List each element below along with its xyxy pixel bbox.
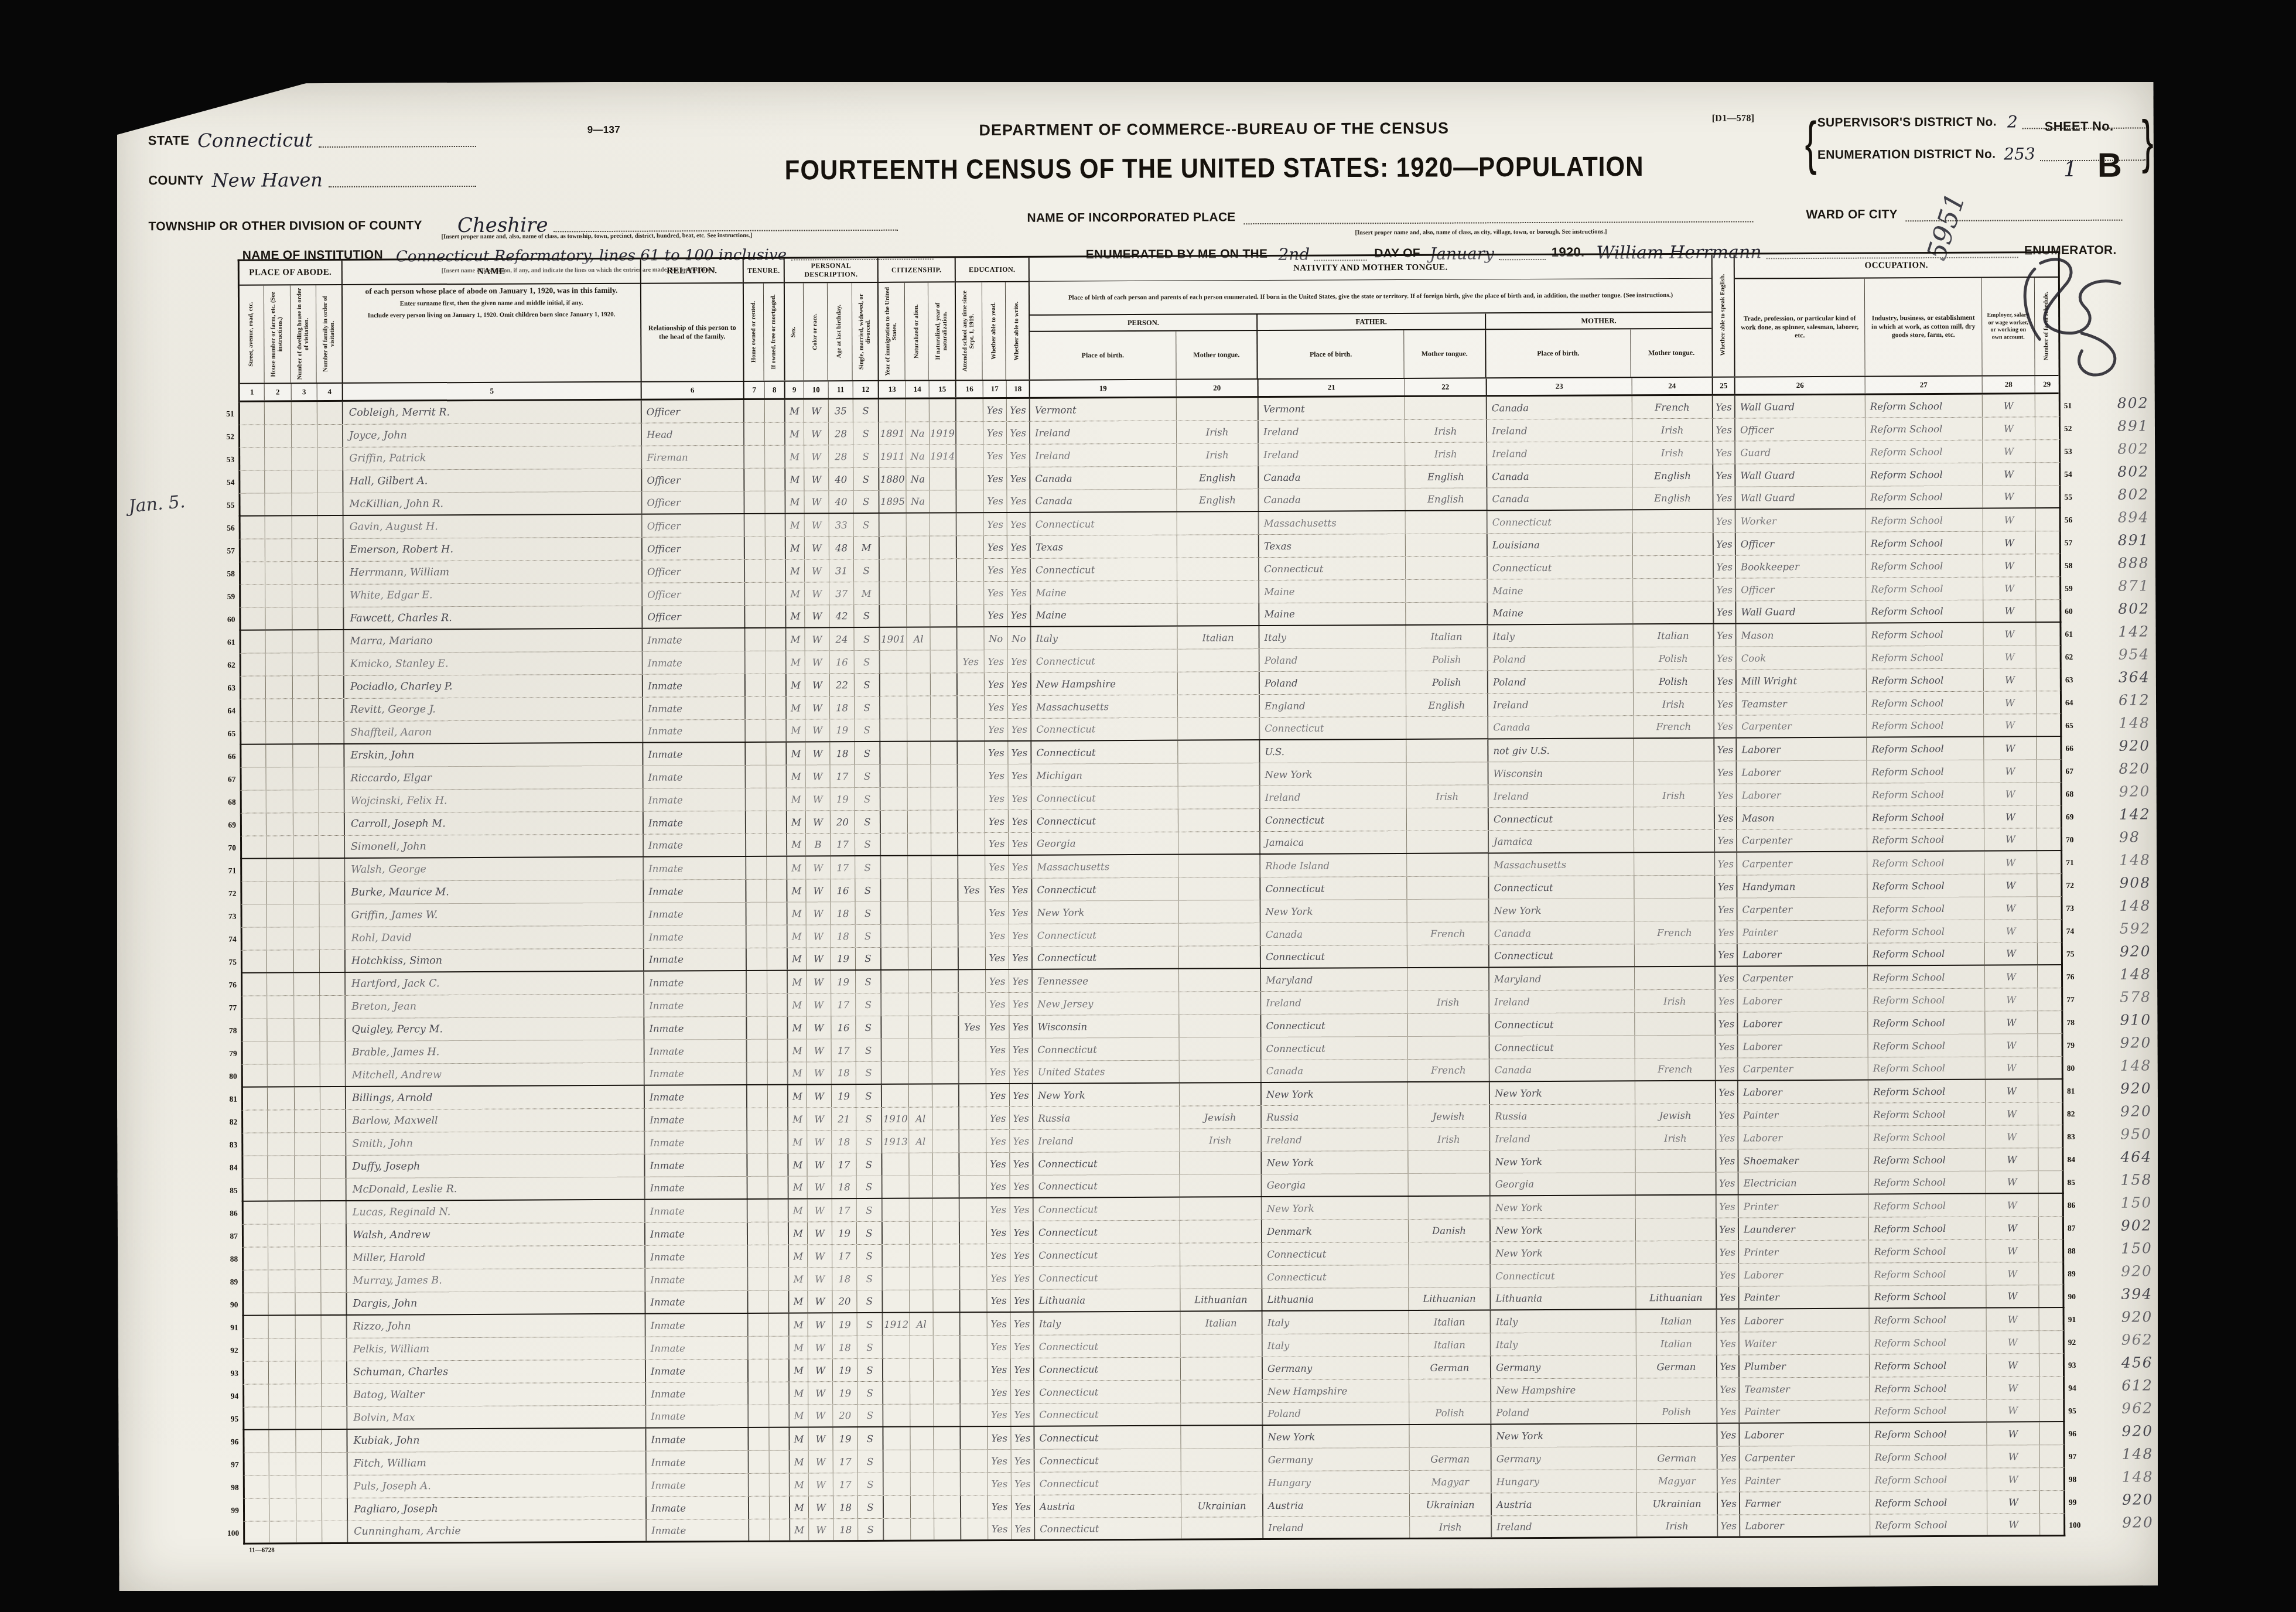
cell-family-number — [319, 767, 344, 790]
cell-able-read: Yes — [986, 1107, 1010, 1129]
cell-speaks-english: Yes — [1717, 1355, 1740, 1378]
cell-age: 16 — [830, 651, 855, 673]
cell-father-tongue: Polish — [1406, 671, 1488, 694]
cell-sex: M — [790, 1336, 808, 1358]
cell-industry: Reform School — [1867, 852, 1984, 875]
cell-industry: Reform School — [1868, 1149, 1986, 1172]
cell-occupation: Wall Guard — [1735, 487, 1865, 509]
cell-relation: Inmate — [643, 743, 746, 766]
cell-house-number — [266, 836, 293, 858]
cell-street — [245, 1498, 269, 1521]
cell-sex: M — [789, 1290, 808, 1312]
cell-marital: S — [854, 605, 880, 627]
cell-mother-tongue — [1633, 579, 1714, 602]
cell-industry: Reform School — [1870, 1514, 1987, 1536]
cell-owned-free — [768, 1177, 789, 1198]
cell-occupation: Officer — [1735, 418, 1865, 441]
cell-able-read: Yes — [988, 1404, 1011, 1426]
line-number-left: 76 — [217, 974, 241, 996]
cell-sex: M — [786, 582, 805, 604]
cell-industry: Reform School — [1869, 1286, 1986, 1308]
margin-inmate-number: 148 — [2122, 1445, 2154, 1462]
cell-age: 17 — [832, 1039, 856, 1061]
cell-able-read: Yes — [987, 1244, 1010, 1266]
column-number: 21 — [1259, 379, 1405, 396]
cell-able-write: Yes — [1008, 673, 1031, 695]
cell-mother-birthplace: Ireland — [1487, 419, 1632, 442]
margin-inmate-number: 394 — [2121, 1285, 2152, 1302]
cell-speaks-english: Yes — [1717, 1424, 1740, 1446]
cell-relation: Officer — [643, 514, 745, 537]
cell-farm-schedule — [2039, 1285, 2062, 1307]
cell-naturalization-year — [932, 1016, 959, 1038]
cell-street — [241, 585, 265, 607]
cell-able-write: Yes — [1010, 1267, 1034, 1289]
cell-able-write: Yes — [1010, 1107, 1033, 1129]
line-number-left: 77 — [217, 996, 241, 1019]
cell-farm-schedule — [2040, 1491, 2063, 1513]
cell-employment: W — [1986, 1239, 2039, 1262]
cell-able-write: Yes — [1012, 1495, 1035, 1518]
cell-street — [242, 813, 266, 835]
cell-father-tongue — [1405, 397, 1487, 419]
cell-mother-birthplace: Jamaica — [1489, 830, 1634, 852]
cell-person-birthplace: Michigan — [1031, 764, 1178, 787]
cell-color: W — [807, 971, 831, 993]
cell-person-tongue — [1181, 1449, 1263, 1471]
cell-home-owned — [747, 1131, 768, 1153]
cell-naturalized — [910, 1336, 934, 1358]
cell-owned-free — [767, 1017, 788, 1039]
cell-street — [241, 516, 265, 538]
cell-employment: W — [1983, 508, 2036, 531]
line-number-left: 95 — [219, 1408, 242, 1430]
cell-naturalized — [908, 834, 931, 855]
cell-speaks-english: Yes — [1715, 807, 1737, 829]
cell-relation: Inmate — [644, 811, 746, 834]
cell-employment: W — [1983, 600, 2036, 621]
cell-able-write: Yes — [1008, 742, 1031, 764]
cell-color: W — [806, 902, 831, 924]
cell-attended-school — [960, 1198, 987, 1221]
cell-mother-birthplace: Connecticut — [1489, 807, 1634, 830]
cell-father-tongue: Magyar — [1410, 1470, 1492, 1493]
cell-able-write: Yes — [1008, 719, 1031, 740]
cell-person-tongue — [1179, 923, 1261, 946]
cell-age: 19 — [833, 1427, 857, 1450]
cell-marital: S — [854, 514, 880, 536]
cell-marital: S — [857, 1222, 883, 1244]
cell-person-birthplace: Connecticut — [1032, 878, 1178, 901]
cell-speaks-english: Yes — [1714, 647, 1737, 670]
cell-color: W — [805, 696, 830, 719]
cell-home-owned — [747, 1017, 767, 1039]
cell-family-number — [322, 1316, 347, 1338]
cell-industry: Reform School — [1867, 875, 1984, 897]
cell-mother-tongue — [1636, 1173, 1717, 1195]
cell-home-owned — [746, 880, 767, 902]
cell-speaks-english: Yes — [1718, 1470, 1740, 1492]
cell-color: W — [809, 1519, 833, 1540]
margin-inmate-number: 820 — [2119, 760, 2150, 777]
cell-family-number — [320, 1041, 346, 1064]
cell-person-tongue — [1179, 992, 1261, 1015]
cell-name: Breton, Jean — [346, 995, 644, 1018]
incorporated-place-label: NAME OF INCORPORATED PLACE — [1027, 210, 1235, 226]
cell-able-write: Yes — [1009, 833, 1032, 855]
cell-attended-school — [959, 1153, 986, 1175]
subgroup-mother: MOTHER. — [1486, 313, 1711, 329]
cell-relation: Inmate — [645, 1108, 747, 1131]
cell-family-number — [320, 996, 346, 1018]
sheet-label: SHEET No. — [2045, 119, 2114, 135]
cell-occupation: Laborer — [1740, 1309, 1870, 1332]
cell-occupation: Laborer — [1737, 738, 1867, 761]
cell-marital: S — [853, 399, 879, 422]
cell-dwelling-number — [293, 676, 319, 698]
cell-attended-school — [961, 1336, 988, 1358]
cell-street — [242, 996, 267, 1018]
margin-inmate-number: 871 — [2118, 577, 2150, 594]
cell-able-write: Yes — [1007, 559, 1031, 581]
cell-person-birthplace: Italy — [1031, 627, 1177, 650]
cell-person-birthplace: Connecticut — [1034, 1175, 1180, 1197]
cell-mother-tongue: German — [1637, 1447, 1718, 1470]
cell-mother-birthplace: Poland — [1488, 670, 1634, 693]
cell-color: W — [807, 1108, 832, 1130]
cell-naturalized — [908, 902, 931, 924]
cell-speaks-english: Yes — [1714, 556, 1736, 578]
cell-street — [244, 1338, 269, 1361]
cell-color: W — [805, 765, 830, 787]
cell-name: Pociadlo, Charley P. — [344, 675, 643, 698]
cell-farm-schedule — [2039, 1331, 2063, 1353]
cell-dwelling-number — [292, 425, 317, 447]
cell-owned-free — [766, 651, 787, 674]
line-number-left: 81 — [218, 1088, 241, 1111]
cell-relation: Inmate — [645, 1245, 748, 1268]
cell-attended-school — [958, 810, 985, 832]
cell-able-write: Yes — [1012, 1518, 1035, 1539]
cell-employment: W — [1984, 668, 2037, 691]
margin-inmate-number: 802 — [2117, 463, 2149, 480]
state-field: STATE Connecticut — [148, 128, 476, 148]
cell-father-birthplace: New York — [1260, 763, 1406, 785]
cell-house-number — [266, 767, 293, 790]
cell-street — [244, 1407, 269, 1429]
cell-home-owned — [749, 1474, 770, 1496]
line-number-right: 77 — [2063, 988, 2095, 1011]
cell-speaks-english: Yes — [1718, 1515, 1740, 1536]
cell-marital: S — [855, 856, 881, 879]
cell-naturalization-year — [934, 1495, 961, 1518]
cell-owned-free — [767, 948, 788, 970]
cell-father-tongue: Ukrainian — [1410, 1493, 1492, 1516]
cell-person-birthplace: Massachusetts — [1031, 695, 1178, 718]
cell-sex: M — [789, 1222, 808, 1244]
cell-father-birthplace: Hungary — [1263, 1471, 1410, 1494]
column-number: 23 — [1487, 378, 1632, 395]
cell-relation: Fireman — [642, 446, 744, 469]
cell-occupation: Laborer — [1738, 1126, 1868, 1149]
cell-person-birthplace: Connecticut — [1033, 947, 1179, 969]
cell-mother-birthplace: Italy — [1491, 1333, 1636, 1355]
cell-color: W — [808, 1382, 833, 1404]
cell-color: W — [805, 582, 829, 604]
cell-family-number — [320, 973, 346, 995]
line-number-right: 81 — [2063, 1080, 2095, 1102]
cell-industry: Reform School — [1867, 760, 1984, 783]
cell-occupation: Carpenter — [1740, 1446, 1870, 1469]
cell-relation: Inmate — [643, 674, 746, 697]
cell-street — [241, 722, 266, 743]
cell-relation: Officer — [642, 400, 744, 423]
cell-naturalized — [907, 742, 931, 764]
cell-person-tongue — [1177, 398, 1259, 421]
cell-family-number — [319, 744, 344, 767]
cell-age: 42 — [829, 605, 854, 627]
cell-color: W — [807, 1016, 831, 1039]
cell-relation: Inmate — [646, 1428, 749, 1451]
cell-person-birthplace: Connecticut — [1034, 1335, 1181, 1358]
cell-father-birthplace: Connecticut — [1261, 945, 1407, 968]
cell-immigration-year — [882, 1062, 909, 1084]
cell-name: Hall, Gilbert A. — [343, 469, 642, 493]
cell-person-birthplace: Texas — [1031, 535, 1177, 558]
cell-attended-school — [959, 970, 986, 992]
cell-farm-schedule — [2040, 1468, 2063, 1490]
cell-relation: Inmate — [646, 1382, 749, 1405]
cell-able-read: Yes — [986, 1016, 1009, 1038]
cell-naturalized: Na — [906, 445, 930, 467]
cell-able-read: Yes — [985, 787, 1009, 810]
cell-father-birthplace: Poland — [1263, 1402, 1409, 1425]
cell-father-tongue — [1407, 968, 1489, 991]
cell-home-owned — [745, 629, 766, 651]
cell-mother-birthplace: Canada — [1490, 1058, 1635, 1081]
cell-mother-tongue: French — [1634, 716, 1714, 738]
cell-mother-tongue — [1633, 533, 1714, 556]
cell-owned-free — [765, 423, 785, 445]
cell-house-number — [268, 1133, 295, 1155]
cell-marital: S — [857, 1290, 883, 1312]
cell-person-tongue — [1177, 603, 1259, 626]
line-number-left: 64 — [216, 699, 240, 722]
cell-name: Carroll, Joseph M. — [345, 812, 644, 835]
cell-dwelling-number — [293, 882, 319, 904]
cell-name: Cobleigh, Merrit R. — [343, 401, 642, 424]
margin-inmate-number: 902 — [2121, 1217, 2152, 1234]
cell-farm-schedule — [2038, 1011, 2061, 1033]
cell-industry: Reform School — [1865, 395, 1983, 418]
cell-father-tongue — [1409, 1265, 1491, 1287]
cell-mother-birthplace: Connecticut — [1491, 1264, 1636, 1287]
cell-owned-free — [767, 903, 787, 925]
cell-dwelling-number — [294, 996, 320, 1018]
cell-dwelling-number — [295, 1087, 320, 1109]
cell-dwelling-number — [293, 767, 319, 790]
cell-home-owned — [744, 469, 765, 491]
column-number: 4 — [317, 384, 343, 400]
cell-house-number — [267, 904, 294, 927]
line-number-right: 88 — [2064, 1239, 2096, 1262]
line-number-left: 63 — [216, 677, 240, 699]
group-speaks-english: Whether able to speak English. — [1713, 255, 1735, 377]
cell-employment: W — [1986, 1171, 2039, 1193]
margin-inmate-number: 464 — [2120, 1148, 2152, 1165]
cell-naturalized — [908, 1016, 932, 1039]
cell-person-birthplace: Connecticut — [1031, 650, 1178, 672]
cell-dwelling-number — [296, 1453, 322, 1475]
cell-sex: M — [790, 1382, 808, 1404]
cell-home-owned — [744, 446, 765, 468]
cell-naturalization-year — [934, 1313, 961, 1335]
cell-house-number — [269, 1430, 296, 1452]
cell-marital: S — [857, 1176, 883, 1198]
cell-able-read: Yes — [983, 399, 1007, 421]
cell-home-owned — [746, 834, 767, 856]
cell-attended-school — [958, 764, 985, 787]
cell-attended-school — [961, 1358, 988, 1381]
cell-color: W — [805, 742, 830, 764]
line-number-left: 53 — [215, 448, 238, 471]
margin-inmate-number: 142 — [2118, 623, 2150, 640]
cell-employment: W — [1984, 828, 2037, 850]
cell-owned-free — [767, 994, 788, 1016]
cell-mother-tongue — [1633, 602, 1714, 624]
cell-street — [240, 425, 265, 447]
cell-relation: Inmate — [645, 1085, 747, 1108]
cell-person-birthplace: Canada — [1030, 467, 1177, 490]
cell-color: W — [804, 491, 829, 513]
cell-age: 20 — [831, 811, 855, 833]
cell-attended-school — [959, 947, 986, 969]
margin-inmate-number: 920 — [2120, 942, 2151, 959]
cell-color: W — [804, 468, 829, 490]
cell-naturalized — [909, 1062, 932, 1084]
cell-age: 35 — [829, 399, 853, 422]
cell-street — [244, 1201, 268, 1224]
cell-employment: W — [1983, 394, 2035, 416]
cell-father-birthplace: Connecticut — [1259, 557, 1406, 580]
line-number-left: 99 — [220, 1499, 243, 1522]
cell-attended-school — [956, 422, 983, 444]
cell-able-write: Yes — [1007, 445, 1030, 467]
cell-owned-free — [768, 1291, 789, 1313]
cell-industry: Reform School — [1867, 829, 1984, 851]
cell-speaks-english: Yes — [1714, 510, 1736, 532]
cell-mother-birthplace: New York — [1491, 1424, 1636, 1447]
cell-able-write: Yes — [1009, 1016, 1033, 1038]
cell-naturalization-year — [931, 879, 958, 901]
line-number-right: 51 — [2061, 394, 2092, 417]
cell-dwelling-number — [292, 402, 317, 424]
cell-house-number — [265, 402, 292, 424]
cell-dwelling-number — [293, 653, 319, 675]
cell-attended-school — [959, 1039, 986, 1061]
cell-naturalization-year — [933, 1176, 960, 1197]
cell-person-tongue — [1181, 1357, 1263, 1380]
cell-color: W — [808, 1405, 833, 1426]
cell-naturalization-year — [931, 787, 958, 810]
cell-immigration-year — [881, 811, 908, 833]
cell-home-owned — [746, 697, 766, 719]
cell-person-tongue — [1178, 740, 1260, 763]
cell-able-read: Yes — [983, 467, 1007, 490]
cell-color: W — [805, 514, 829, 536]
column-number: 11 — [829, 381, 853, 398]
margin-inmate-number: 888 — [2118, 554, 2150, 571]
cell-mother-birthplace: Ireland — [1489, 990, 1635, 1013]
cell-naturalization-year — [930, 536, 957, 558]
cell-sex: M — [787, 902, 806, 924]
column-number: 5 — [343, 382, 642, 400]
cell-age: 37 — [829, 582, 854, 604]
cell-marital: S — [856, 971, 881, 993]
cell-naturalization-year — [930, 467, 956, 490]
cell-father-tongue — [1406, 556, 1488, 579]
line-number-left: 68 — [217, 791, 240, 814]
cell-person-tongue: Lithuanian — [1180, 1289, 1262, 1311]
cell-attended-school — [959, 1107, 986, 1129]
margin-inmate-number: 142 — [2119, 805, 2151, 822]
cell-able-read: Yes — [988, 1450, 1012, 1472]
cell-family-number — [318, 630, 344, 653]
line-number-right: 75 — [2063, 942, 2095, 965]
cell-sex: M — [788, 971, 807, 993]
line-number-left: 98 — [220, 1476, 243, 1499]
cell-home-owned — [746, 903, 767, 925]
cell-relation: Inmate — [647, 1451, 749, 1474]
cell-dwelling-number — [295, 1179, 321, 1200]
cell-sex: M — [786, 605, 805, 627]
colhead-marital: Single, married, widowed, or divorced. — [852, 283, 877, 380]
line-number-right: 52 — [2061, 417, 2092, 440]
line-number-left: 80 — [218, 1065, 241, 1088]
cell-mother-tongue: Irish — [1632, 419, 1713, 442]
cell-dwelling-number — [295, 1064, 320, 1086]
line-number-left: 74 — [217, 928, 241, 951]
cell-farm-schedule — [2037, 828, 2061, 850]
sheet-value: 1 — [2063, 158, 2077, 182]
cell-employment: W — [1987, 1308, 2039, 1330]
cell-dwelling-number — [292, 493, 317, 515]
cell-attended-school — [958, 833, 985, 855]
cell-family-number — [320, 1064, 346, 1086]
cell-able-read: Yes — [986, 947, 1009, 969]
cell-employment: W — [1986, 1148, 2038, 1170]
cell-relation: Officer — [643, 537, 745, 560]
group-occupation: OCCUPATION. Trade, profession, or partic… — [1735, 253, 2059, 376]
line-number-right: 96 — [2065, 1422, 2096, 1445]
colhead-able-write: Whether able to write. — [1006, 282, 1029, 380]
cell-person-birthplace: Connecticut — [1031, 741, 1178, 764]
cell-speaks-english: Yes — [1716, 944, 1738, 966]
cell-marital: S — [856, 1153, 882, 1176]
cell-color: W — [804, 445, 829, 467]
cell-able-read: Yes — [988, 1313, 1011, 1335]
cell-age: 40 — [829, 468, 853, 490]
line-number-left: 61 — [216, 631, 239, 654]
cell-attended-school — [959, 1130, 986, 1152]
cell-employment: W — [1986, 1217, 2039, 1239]
cell-marital: S — [855, 742, 880, 764]
cell-dwelling-number — [294, 950, 320, 972]
cell-father-birthplace: Connecticut — [1261, 1014, 1407, 1037]
cell-speaks-english: Yes — [1713, 465, 1735, 487]
cell-naturalized — [907, 765, 931, 787]
cell-able-read: Yes — [985, 833, 1009, 855]
